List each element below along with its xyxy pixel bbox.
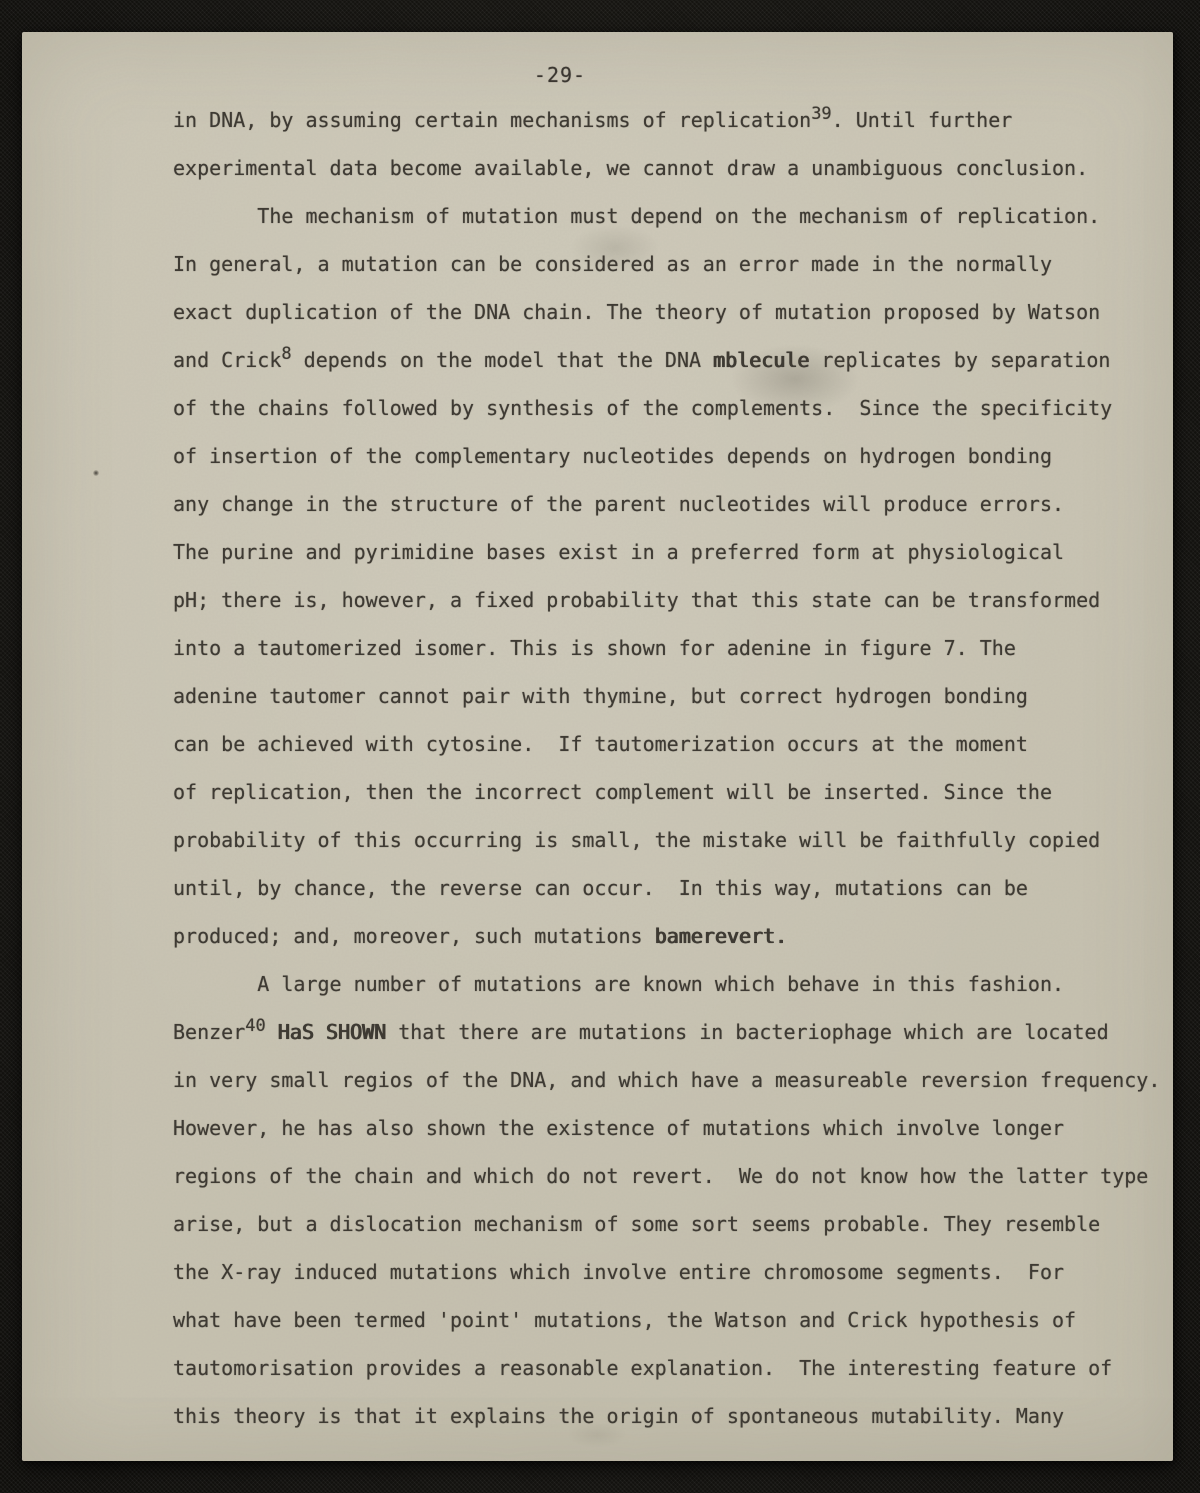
superscript-reference: 40 xyxy=(245,1016,265,1036)
text-segment: . Until further xyxy=(832,108,1013,132)
text-segment: in very small regios of the DNA, and whi… xyxy=(173,1068,1160,1092)
text-segment xyxy=(266,1020,278,1044)
text-line: experimental data become available, we c… xyxy=(173,144,1178,192)
text-segment: A large number of mutations are known wh… xyxy=(173,972,1064,996)
text-segment: mblecule xyxy=(713,348,809,372)
text-line: of the chains followed by synthesis of t… xyxy=(173,384,1178,432)
text-segment: depends on the model that the DNA xyxy=(292,348,713,372)
text-line: However, he has also shown the existence… xyxy=(173,1104,1178,1152)
text-line: tautomorisation provides a reasonable ex… xyxy=(173,1344,1178,1392)
text-segment: of replication, then the incorrect compl… xyxy=(173,780,1052,804)
superscript-reference: 39 xyxy=(811,104,831,124)
text-segment: the X-ray induced mutations which involv… xyxy=(173,1260,1064,1284)
text-segment: any change in the structure of the paren… xyxy=(173,492,1064,516)
text-line: what have been termed 'point' mutations,… xyxy=(173,1296,1178,1344)
text-segment: of insertion of the complementary nucleo… xyxy=(173,444,1052,468)
text-line: pH; there is, however, a fixed probabili… xyxy=(173,576,1178,624)
text-segment: The purine and pyrimidine bases exist in… xyxy=(173,540,1064,564)
text-line: A large number of mutations are known wh… xyxy=(173,960,1178,1008)
text-line: In general, a mutation can be considered… xyxy=(173,240,1178,288)
text-line: of replication, then the incorrect compl… xyxy=(173,768,1178,816)
text-line: into a tautomerized isomer. This is show… xyxy=(173,624,1178,672)
text-line: the X-ray induced mutations which involv… xyxy=(173,1248,1178,1296)
text-line: this theory is that it explains the orig… xyxy=(173,1392,1178,1440)
text-line: adenine tautomer cannot pair with thymin… xyxy=(173,672,1178,720)
text-line: in DNA, by assuming certain mechanisms o… xyxy=(173,96,1178,144)
text-segment: produced; and, moreover, such mutations xyxy=(173,924,655,948)
text-segment: adenine tautomer cannot pair with thymin… xyxy=(173,684,1028,708)
superscript-reference: 8 xyxy=(281,344,291,364)
text-segment: this theory is that it explains the orig… xyxy=(173,1404,1064,1428)
text-segment: The mechanism of mutation must depend on… xyxy=(173,204,1100,228)
text-line: any change in the structure of the paren… xyxy=(173,480,1178,528)
text-line: and Crick8 depends on the model that the… xyxy=(173,336,1178,384)
ink-speck xyxy=(93,470,99,476)
text-segment: regions of the chain and which do not re… xyxy=(173,1164,1148,1188)
text-line: can be achieved with cytosine. If tautom… xyxy=(173,720,1178,768)
text-line: The mechanism of mutation must depend on… xyxy=(173,192,1178,240)
text-segment: HaS SHOWN xyxy=(278,1020,386,1044)
text-line: arise, but a dislocation mechanism of so… xyxy=(173,1200,1178,1248)
text-segment: experimental data become available, we c… xyxy=(173,156,1088,180)
text-line: produced; and, moreover, such mutations … xyxy=(173,912,1178,960)
text-segment: In general, a mutation can be considered… xyxy=(173,252,1052,276)
page-number: -29- xyxy=(534,57,586,93)
text-segment: of the chains followed by synthesis of t… xyxy=(173,396,1112,420)
text-line: exact duplication of the DNA chain. The … xyxy=(173,288,1178,336)
text-segment: bamerevert. xyxy=(655,924,787,948)
text-segment: can be achieved with cytosine. If tautom… xyxy=(173,732,1028,756)
text-segment: exact duplication of the DNA chain. The … xyxy=(173,300,1100,324)
scan-background: { "document": { "page_number": "-29-", "… xyxy=(0,0,1200,1493)
paper-page: -29- in DNA, by assuming certain mechani… xyxy=(22,32,1173,1461)
text-line: The purine and pyrimidine bases exist in… xyxy=(173,528,1178,576)
text-segment: until, by chance, the reverse can occur.… xyxy=(173,876,1028,900)
text-segment: However, he has also shown the existence… xyxy=(173,1116,1064,1140)
text-segment: replicates by separation xyxy=(809,348,1110,372)
text-line: in very small regios of the DNA, and whi… xyxy=(173,1056,1178,1104)
text-segment: into a tautomerized isomer. This is show… xyxy=(173,636,1016,660)
text-line: Benzer40 HaS SHOWN that there are mutati… xyxy=(173,1008,1178,1056)
text-segment: that there are mutations in bacteriophag… xyxy=(386,1020,1108,1044)
text-segment: what have been termed 'point' mutations,… xyxy=(173,1308,1076,1332)
text-segment: Benzer xyxy=(173,1020,245,1044)
page-text: in DNA, by assuming certain mechanisms o… xyxy=(173,96,1178,1440)
text-segment: pH; there is, however, a fixed probabili… xyxy=(173,588,1100,612)
text-line: until, by chance, the reverse can occur.… xyxy=(173,864,1178,912)
text-segment: probability of this occurring is small, … xyxy=(173,828,1100,852)
text-segment: tautomorisation provides a reasonable ex… xyxy=(173,1356,1112,1380)
text-line: probability of this occurring is small, … xyxy=(173,816,1178,864)
text-line: of insertion of the complementary nucleo… xyxy=(173,432,1178,480)
text-segment: and Crick xyxy=(173,348,281,372)
text-segment: in DNA, by assuming certain mechanisms o… xyxy=(173,108,811,132)
text-line: regions of the chain and which do not re… xyxy=(173,1152,1178,1200)
text-segment: arise, but a dislocation mechanism of so… xyxy=(173,1212,1100,1236)
